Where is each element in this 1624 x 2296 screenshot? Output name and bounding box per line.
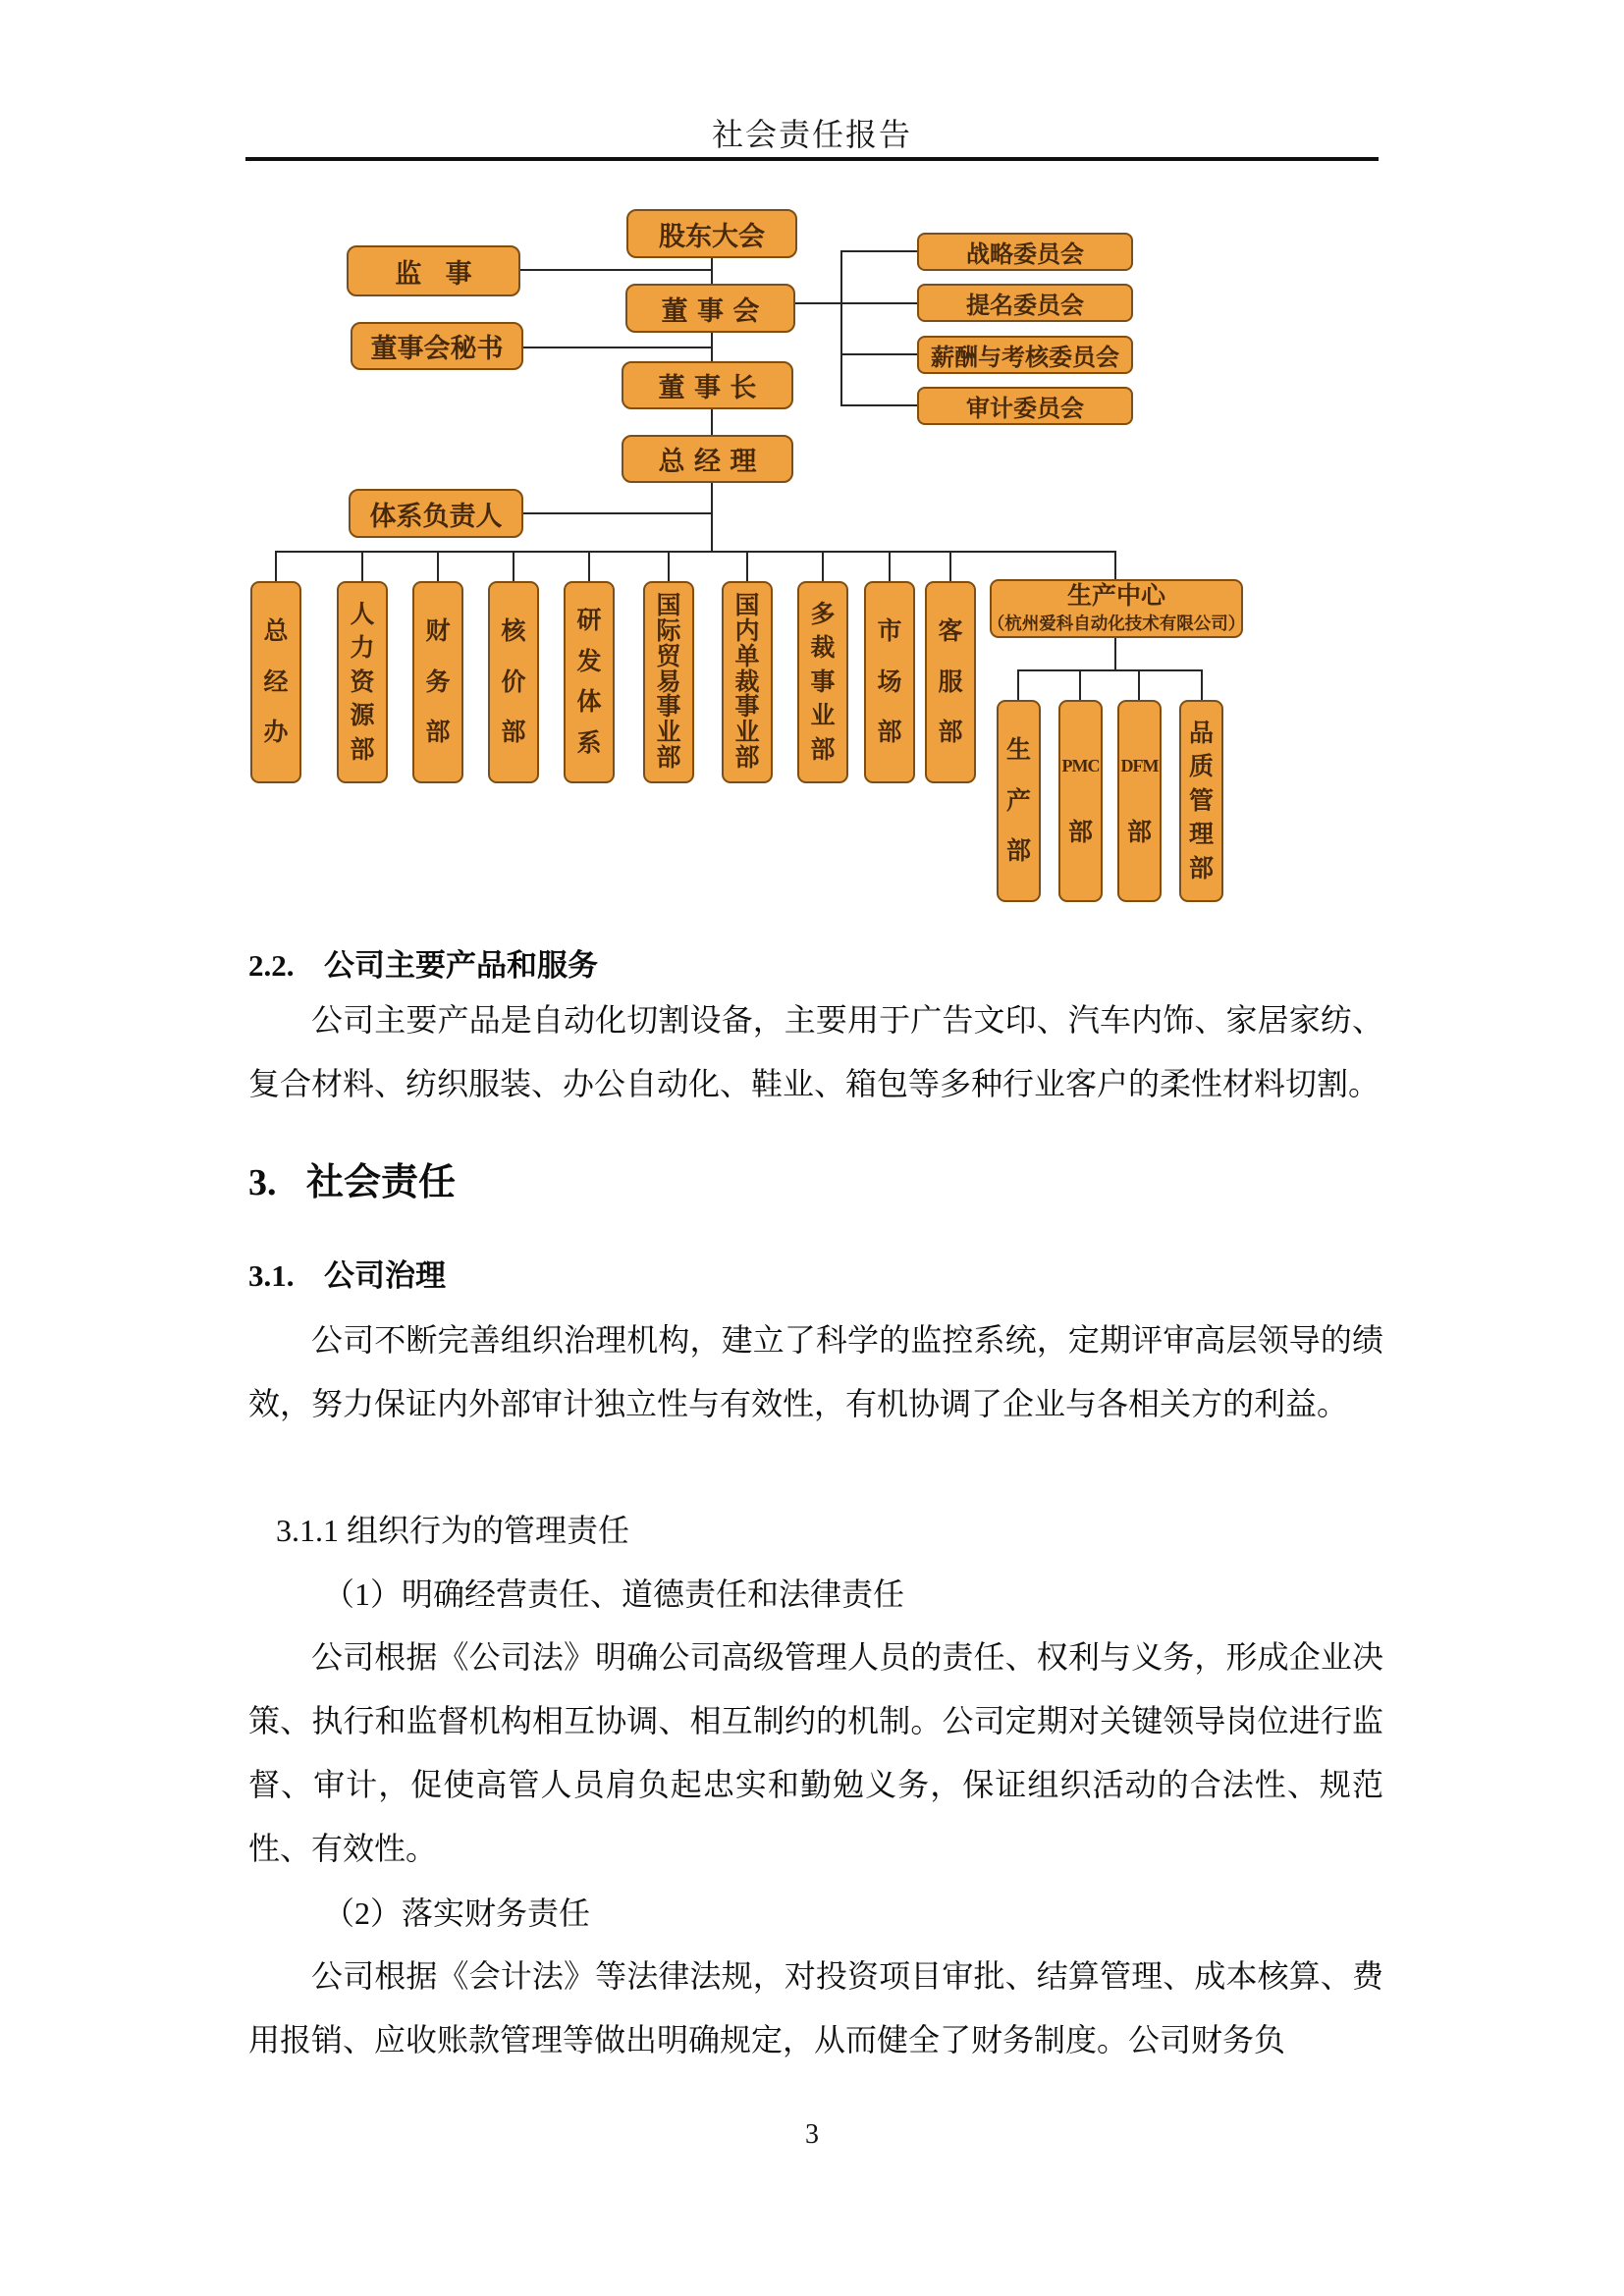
section-title: 社会责任 — [306, 1160, 456, 1205]
org-node-production-department: DFM部 — [1117, 700, 1162, 902]
connector-line — [588, 552, 590, 581]
org-node-committee: 审计委员会 — [917, 387, 1133, 425]
paragraph-item-1: 公司根据《公司法》明确公司高级管理人员的责任、权利与义务，形成企业决策、执行和监… — [248, 1626, 1383, 1881]
connector-line — [1079, 670, 1081, 700]
production-center-title: 生产中心 — [1067, 584, 1165, 610]
connector-line — [795, 302, 917, 304]
connector-line — [840, 250, 917, 252]
connector-line — [1017, 670, 1019, 700]
connector-line — [668, 552, 670, 581]
connector-line — [523, 347, 712, 348]
connector-line — [523, 512, 712, 514]
org-node-department: 核价部 — [488, 581, 539, 783]
org-node-department: 国际贸易事业部 — [643, 581, 694, 783]
org-node-production-department: PMC部 — [1058, 700, 1103, 902]
connector-line — [711, 409, 713, 436]
page-header-title: 社会责任报告 — [248, 116, 1376, 153]
connector-line — [437, 552, 439, 581]
org-node-board: 董事会 — [625, 284, 795, 333]
connector-line — [711, 483, 713, 553]
connector-line — [1017, 669, 1203, 671]
org-node-shareholders: 股东大会 — [626, 209, 797, 258]
connector-line — [822, 552, 824, 581]
paragraph-governance: 公司不断完善组织治理机构，建立了科学的监控系统，定期评审高层领导的绩效，努力保证… — [248, 1308, 1383, 1436]
connector-line — [840, 404, 917, 406]
connector-line — [949, 552, 951, 581]
section-heading-2-2: 2.2. 公司主要产品和服务 — [248, 946, 1383, 986]
org-node-production-department: 生产部 — [997, 700, 1041, 902]
org-node-department: 财务部 — [412, 581, 463, 783]
connector-line — [1114, 552, 1116, 579]
org-node-committee: 薪酬与考核委员会 — [917, 336, 1133, 374]
org-node-supervisors: 监事 — [347, 245, 520, 296]
section-title: 公司主要产品和服务 — [324, 946, 598, 986]
connector-line — [889, 552, 891, 581]
connector-line — [840, 353, 917, 355]
connector-line — [361, 552, 363, 581]
org-node-committee: 战略委员会 — [917, 233, 1133, 271]
org-node-board-secretary: 董事会秘书 — [351, 322, 523, 370]
section-number: 3. — [248, 1160, 306, 1205]
org-node-committee: 提名委员会 — [917, 284, 1133, 322]
section-number: 3.1. — [248, 1256, 324, 1296]
org-node-chairman: 董事长 — [622, 361, 793, 409]
org-node-department: 国内单裁事业部 — [722, 581, 773, 783]
connector-line — [275, 552, 277, 581]
org-node-department: 研发体系 — [564, 581, 615, 783]
connector-line — [711, 258, 713, 285]
item-2-heading: （2）落实财务责任 — [248, 1894, 1458, 1933]
section-heading-3: 3. 社会责任 — [248, 1160, 1383, 1205]
org-node-department: 客服部 — [925, 581, 976, 783]
org-node-system-leader: 体系负责人 — [349, 489, 523, 538]
section-title: 公司治理 — [324, 1256, 446, 1296]
connector-line — [746, 552, 748, 581]
header-rule — [245, 157, 1379, 161]
connector-line — [1201, 670, 1203, 700]
document-page: 社会责任报告 — [0, 0, 1624, 2296]
page-number: 3 — [248, 2120, 1376, 2150]
paragraph-products: 公司主要产品是自动化切割设备，主要用于广告文印、汽车内饰、家居家纺、复合材料、纺… — [248, 988, 1383, 1116]
section-heading-3-1: 3.1. 公司治理 — [248, 1256, 1383, 1296]
connector-line — [1138, 670, 1140, 700]
subsection-heading-3-1-1: 3.1.1 组织行为的管理责任 — [248, 1511, 1411, 1550]
connector-line — [1114, 638, 1116, 670]
connector-line — [840, 250, 842, 406]
org-node-department: 多裁事业部 — [797, 581, 848, 783]
org-node-production-center: 生产中心 （杭州爱科自动化技术有限公司） — [990, 579, 1243, 638]
org-node-general-manager: 总经理 — [622, 435, 793, 483]
org-node-department: 市场部 — [864, 581, 915, 783]
section-number: 2.2. — [248, 946, 324, 986]
org-node-production-department: 品质管理部 — [1179, 700, 1223, 902]
paragraph-item-2: 公司根据《会计法》等法律法规，对投资项目审批、结算管理、成本核算、费用报销、应收… — [248, 1945, 1383, 2072]
item-1-heading: （1）明确经营责任、道德责任和法律责任 — [248, 1575, 1458, 1614]
org-node-department: 人力资源部 — [337, 581, 388, 783]
org-node-department: 总经办 — [250, 581, 301, 783]
production-center-subtitle: （杭州爱科自动化技术有限公司） — [988, 614, 1246, 633]
connector-line — [520, 269, 712, 271]
connector-line — [513, 552, 514, 581]
connector-line — [275, 551, 1116, 553]
